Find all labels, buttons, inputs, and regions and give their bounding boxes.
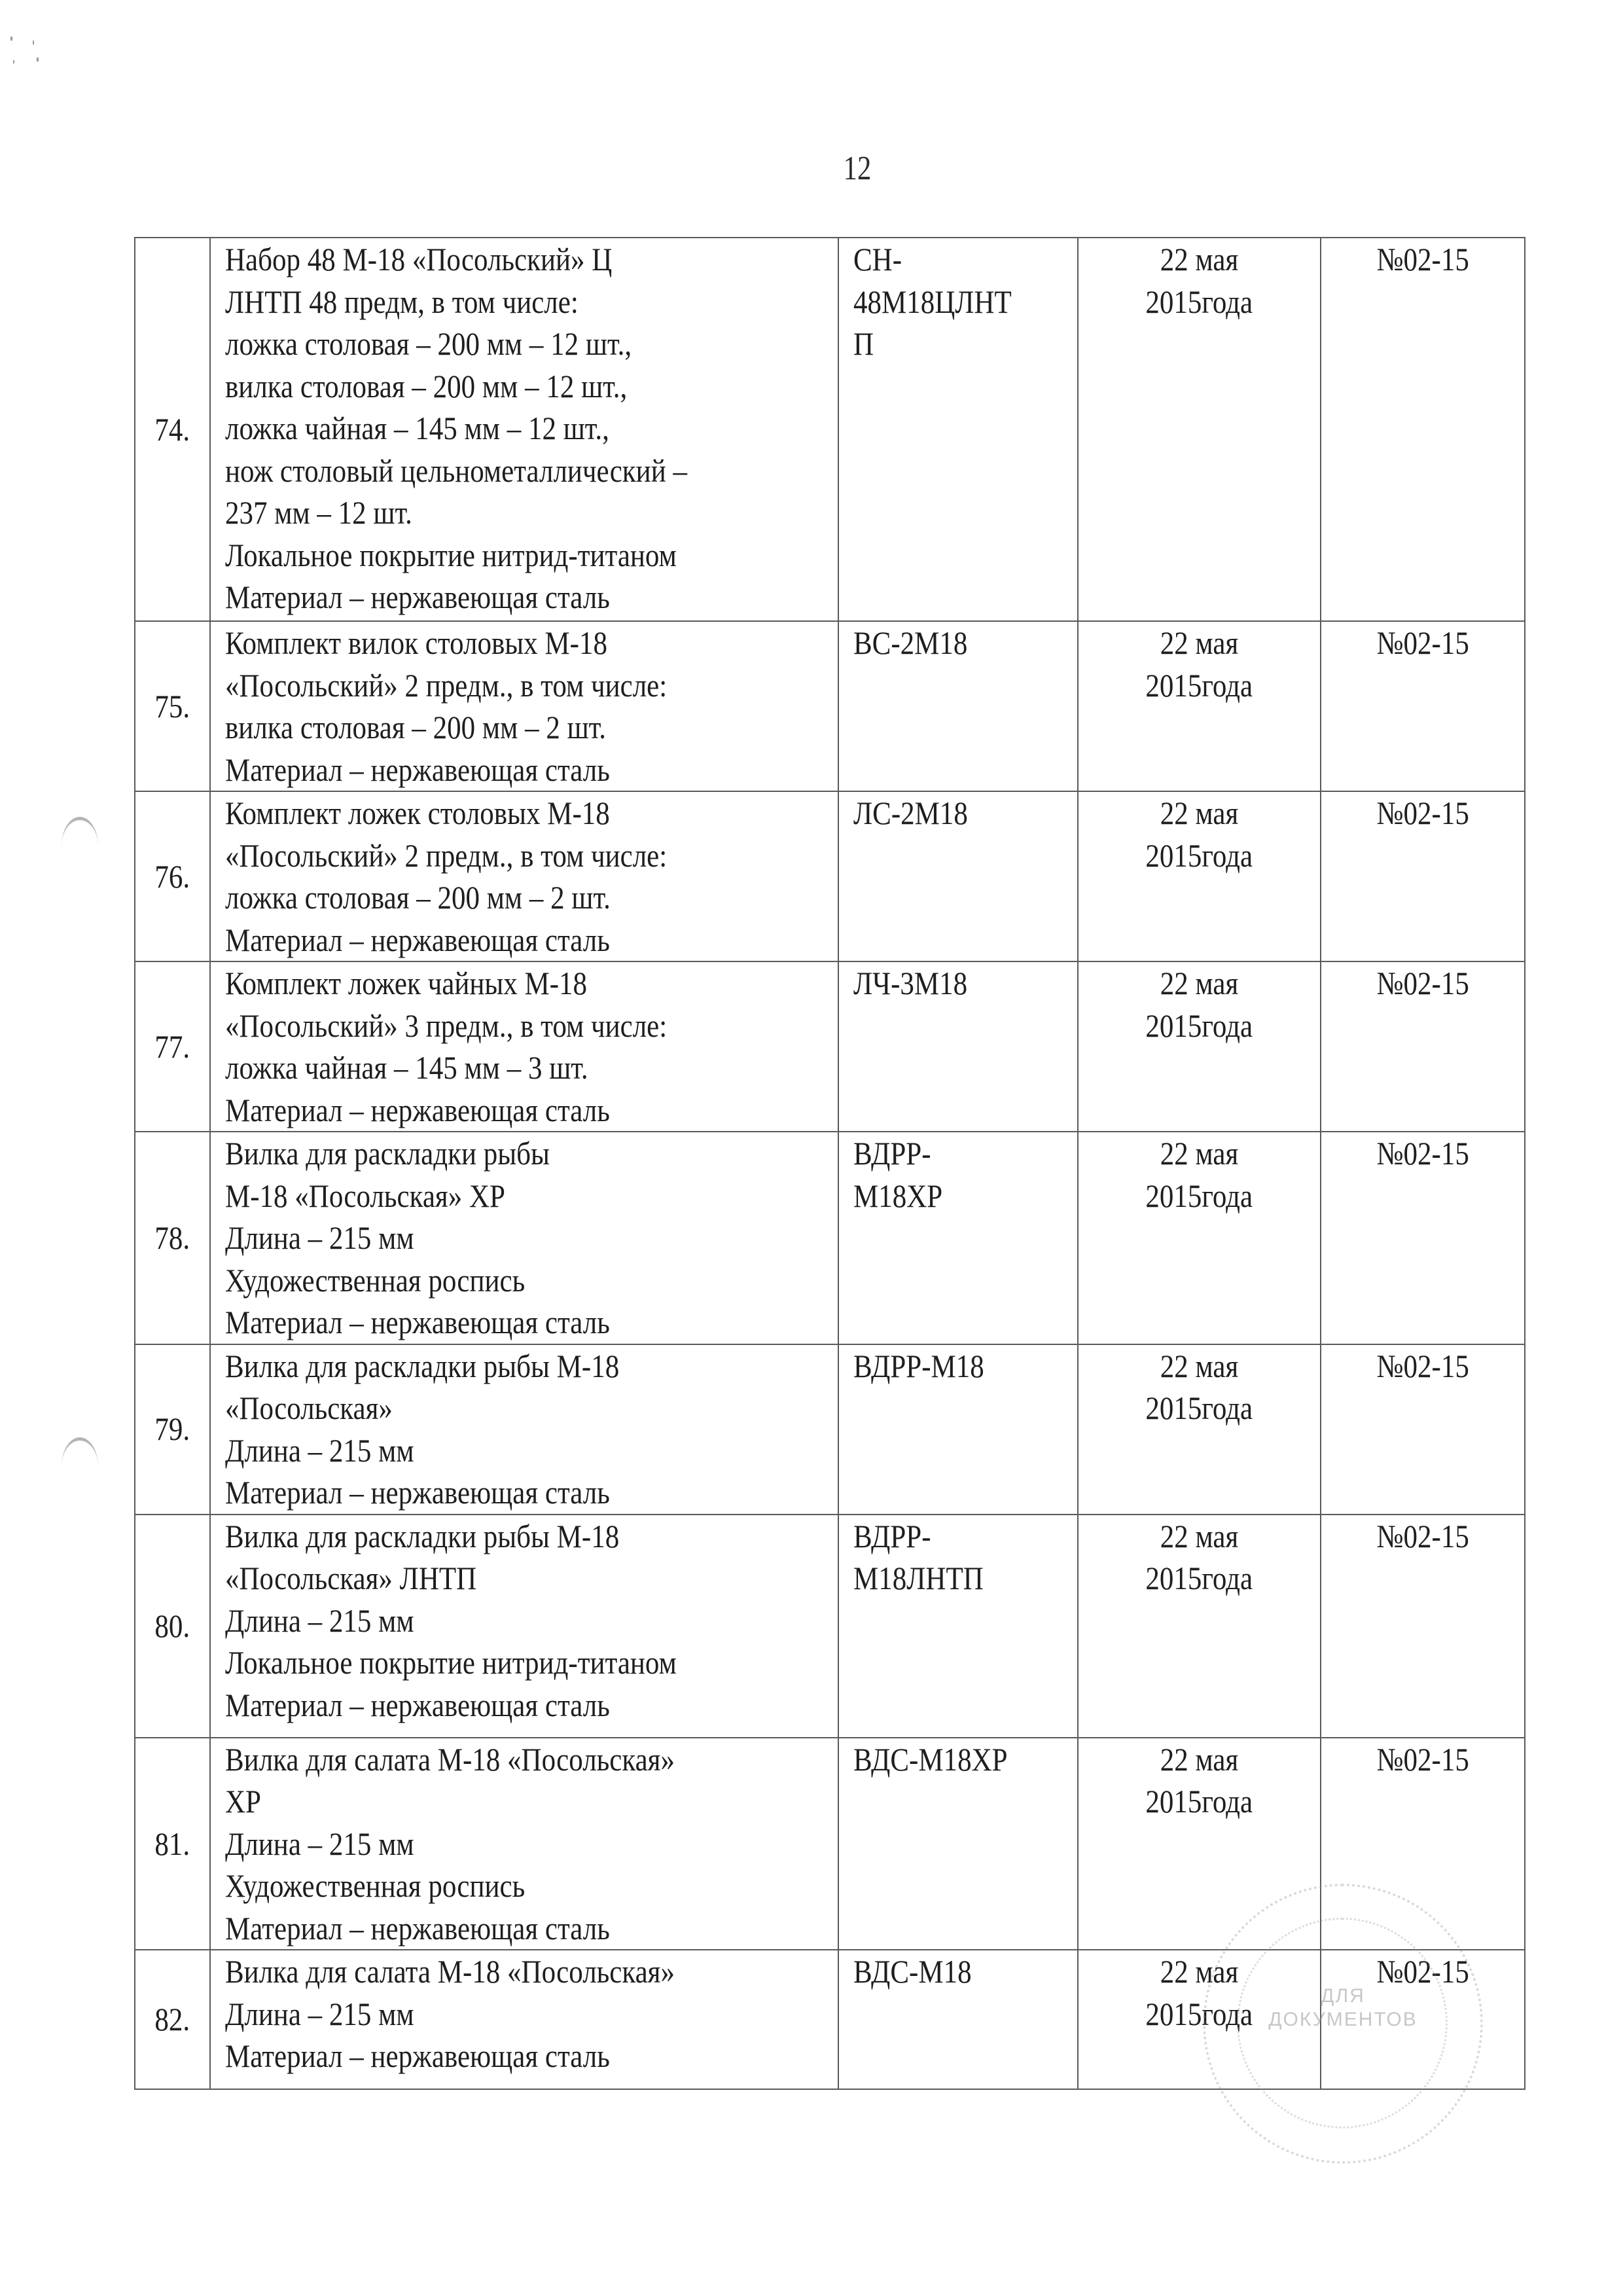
product-description: Комплект ложек чайных М-18«Посольский» 3… [210, 961, 838, 1132]
cell-line: Материал – нержавеющая сталь [225, 919, 838, 961]
registration-number-text: №02-15 [1376, 1132, 1469, 1175]
cell-text: вилка столовая – 200 мм – 2 шт. [225, 706, 606, 749]
cell-line: Материал – нержавеющая сталь [225, 1907, 838, 1950]
product-code: ВДРР-М18ХР [838, 1132, 1078, 1344]
registration-date: 22 мая2015года [1078, 1950, 1321, 2089]
cell-line: ложка столовая – 200 мм – 2 шт. [225, 876, 838, 919]
cell-text: Комплект ложек чайных М-18 [225, 962, 587, 1005]
cell-line: П [853, 323, 1077, 365]
cell-line: 2015года [1079, 834, 1320, 877]
cell-line: Вилка для раскладки рыбы М-18 [225, 1345, 838, 1388]
cell-line: Длина – 215 мм [225, 1823, 838, 1865]
cell-line: Комплект вилок столовых М-18 [225, 622, 838, 664]
cell-line: Вилка для салата М-18 «Посольская» [225, 1738, 838, 1781]
cell-line: ЛС-2М18 [853, 792, 1077, 834]
cell-line: М-18 «Посольская» ХР [225, 1175, 838, 1217]
cell-text: Длина – 215 мм [225, 1823, 414, 1865]
cell-text: ВДС-М18 [853, 1950, 972, 1993]
row-number-text: 79. [155, 1408, 190, 1450]
cell-text: «Посольская» ЛНТП [225, 1557, 476, 1600]
registration-number: №02-15 [1321, 1344, 1525, 1515]
cell-text: Комплект вилок столовых М-18 [225, 622, 607, 664]
cell-text: Материал – нержавеющая сталь [225, 1684, 610, 1727]
registration-number: №02-15 [1321, 961, 1525, 1132]
cell-text: 22 мая [1160, 1515, 1239, 1558]
cell-line: 22 мая [1079, 622, 1320, 664]
cell-text: 2015года [1146, 1175, 1253, 1217]
hole-punch-mark [62, 817, 98, 846]
product-code: ВДРР-М18ЛНТП [838, 1515, 1078, 1738]
cell-text: 48М18ЦЛНТ [853, 281, 1012, 323]
row-number-text: 80. [155, 1605, 190, 1647]
row-number-text: 74. [155, 408, 190, 451]
cell-text: Вилка для раскладки рыбы М-18 [225, 1345, 619, 1388]
cell-text: СН- [853, 238, 902, 281]
cell-text: Длина – 215 мм [225, 1217, 414, 1259]
product-description: Вилка для раскладки рыбы М-18«Посольская… [210, 1344, 838, 1515]
cell-line: 2015года [1079, 1005, 1320, 1047]
product-table: 74.Набор 48 М-18 «Посольский» ЦЛНТП 48 п… [134, 237, 1525, 2090]
cell-line: 2015года [1079, 664, 1320, 707]
cell-line: 2015года [1079, 281, 1320, 323]
cell-line: ложка чайная – 145 мм – 3 шт. [225, 1047, 838, 1089]
registration-number: №02-15 [1321, 1515, 1525, 1738]
cell-line: 2015года [1079, 1780, 1320, 1823]
cell-text: ВДРР- [853, 1515, 931, 1558]
cell-text: М18ХР [853, 1175, 942, 1217]
cell-line: Вилка для салата М-18 «Посольская» [225, 1950, 838, 1993]
cell-text: 2015года [1146, 281, 1253, 323]
registration-number: №02-15 [1321, 1738, 1525, 1950]
cell-line: М18ХР [853, 1175, 1077, 1217]
cell-line: ЛНТП 48 предм, в том числе: [225, 281, 838, 323]
table-row: 75.Комплект вилок столовых М-18«Посольск… [135, 621, 1525, 791]
cell-text: ложка столовая – 200 мм – 2 шт. [225, 876, 611, 919]
cell-line: Материал – нержавеющая сталь [225, 1684, 838, 1727]
cell-text: вилка столовая – 200 мм – 12 шт., [225, 365, 627, 408]
product-description: Вилка для салата М-18 «Посольская»ХРДлин… [210, 1738, 838, 1950]
cell-line: Вилка для раскладки рыбы [225, 1132, 838, 1175]
cell-line: 2015года [1079, 1993, 1320, 2036]
cell-text: 22 мая [1160, 962, 1239, 1005]
cell-line: №02-15 [1321, 1950, 1524, 1993]
table-row: 74.Набор 48 М-18 «Посольский» ЦЛНТП 48 п… [135, 238, 1525, 621]
registration-date: 22 мая2015года [1078, 961, 1321, 1132]
cell-line: нож столовый цельнометаллический – [225, 450, 838, 492]
registration-date: 22 мая2015года [1078, 1132, 1321, 1344]
scan-speck [13, 60, 14, 63]
hole-punch-mark [62, 1437, 98, 1467]
cell-line: Материал – нержавеющая сталь [225, 1301, 838, 1344]
registration-number: №02-15 [1321, 791, 1525, 961]
cell-line: 22 мая [1079, 238, 1320, 281]
product-description: Вилка для салата М-18 «Посольская»Длина … [210, 1950, 838, 2089]
cell-text: ХР [225, 1780, 261, 1823]
table-row: 78.Вилка для раскладки рыбыМ-18 «Посольс… [135, 1132, 1525, 1344]
cell-text: Набор 48 М-18 «Посольский» Ц [225, 238, 612, 281]
cell-text: Материал – нержавеющая сталь [225, 2035, 610, 2077]
cell-text: 22 мая [1160, 1132, 1239, 1175]
cell-line: №02-15 [1321, 962, 1524, 1005]
cell-line: ЛЧ-3М18 [853, 962, 1077, 1005]
cell-text: 22 мая [1160, 622, 1239, 664]
cell-line: №02-15 [1321, 792, 1524, 834]
cell-text: 2015года [1146, 1557, 1253, 1600]
cell-text: М-18 «Посольская» ХР [225, 1175, 505, 1217]
registration-number-text: №02-15 [1376, 1515, 1469, 1558]
cell-line: СН- [853, 238, 1077, 281]
registration-number-text: №02-15 [1376, 792, 1469, 834]
cell-line: Локальное покрытие нитрид-титаном [225, 1641, 838, 1684]
cell-text: П [853, 323, 874, 365]
cell-line: «Посольская» ЛНТП [225, 1557, 838, 1600]
cell-line: Материал – нержавеющая сталь [225, 2035, 838, 2077]
row-number-text: 76. [155, 855, 190, 898]
cell-text: 2015года [1146, 1005, 1253, 1047]
cell-line: вилка столовая – 200 мм – 2 шт. [225, 706, 838, 749]
product-code: ВДРР-М18 [838, 1344, 1078, 1515]
cell-text: ЛС-2М18 [853, 792, 968, 834]
cell-line: №02-15 [1321, 1132, 1524, 1175]
cell-text: Вилка для салата М-18 «Посольская» [225, 1738, 675, 1781]
cell-line: Художественная роспись [225, 1865, 838, 1907]
row-number: 81. [135, 1738, 210, 1950]
cell-text: Материал – нержавеющая сталь [225, 576, 610, 619]
product-code: ЛЧ-3М18 [838, 961, 1078, 1132]
registration-number-text: №02-15 [1376, 1738, 1469, 1781]
cell-text: Вилка для раскладки рыбы [225, 1132, 550, 1175]
registration-date: 22 мая2015года [1078, 621, 1321, 791]
cell-line: №02-15 [1321, 622, 1524, 664]
cell-line: Длина – 215 мм [225, 1217, 838, 1259]
cell-text: 237 мм – 12 шт. [225, 492, 412, 534]
product-description: Вилка для раскладки рыбыМ-18 «Посольская… [210, 1132, 838, 1344]
product-code: ВДС-М18 [838, 1950, 1078, 2089]
scan-speck [33, 41, 34, 45]
registration-number: №02-15 [1321, 1132, 1525, 1344]
table-row: 80.Вилка для раскладки рыбы М-18«Посольс… [135, 1515, 1525, 1738]
cell-text: Длина – 215 мм [225, 1429, 414, 1472]
cell-line: ВДРР- [853, 1515, 1077, 1558]
row-number-text: 78. [155, 1217, 190, 1259]
table-row: 77.Комплект ложек чайных М-18«Посольский… [135, 961, 1525, 1132]
registration-number-text: №02-15 [1376, 1345, 1469, 1388]
row-number: 74. [135, 238, 210, 621]
cell-text: 2015года [1146, 1993, 1253, 2036]
cell-line: ВДРР- [853, 1132, 1077, 1175]
cell-text: Длина – 215 мм [225, 1600, 414, 1642]
cell-line: Комплект ложек столовых М-18 [225, 792, 838, 834]
row-number: 80. [135, 1515, 210, 1738]
row-number: 75. [135, 621, 210, 791]
registration-number-text: №02-15 [1376, 622, 1469, 664]
cell-line: Материал – нержавеющая сталь [225, 749, 838, 791]
cell-line: ВДС-М18 [853, 1950, 1077, 1993]
registration-number: №02-15 [1321, 238, 1525, 621]
table-row: 81.Вилка для салата М-18 «Посольская»ХРД… [135, 1738, 1525, 1950]
cell-line: ВДС-М18ХР [853, 1738, 1077, 1781]
cell-line: Материал – нержавеющая сталь [225, 1471, 838, 1514]
cell-text: 2015года [1146, 1780, 1253, 1823]
cell-line: ложка чайная – 145 мм – 12 шт., [225, 407, 838, 450]
cell-text: «Посольская» [225, 1387, 393, 1429]
cell-text: 22 мая [1160, 792, 1239, 834]
cell-text: Вилка для салата М-18 «Посольская» [225, 1950, 675, 1993]
cell-line: 237 мм – 12 шт. [225, 492, 838, 534]
row-number-text: 81. [155, 1823, 190, 1865]
row-number-text: 82. [155, 1998, 190, 2041]
scan-speck [37, 58, 39, 62]
cell-line: «Посольский» 2 предм., в том числе: [225, 664, 838, 707]
cell-line: Набор 48 М-18 «Посольский» Ц [225, 238, 838, 281]
product-code: СН-48М18ЦЛНТП [838, 238, 1078, 621]
cell-text: ВС-2М18 [853, 622, 967, 664]
cell-text: Вилка для раскладки рыбы М-18 [225, 1515, 619, 1558]
cell-line: 22 мая [1079, 1345, 1320, 1388]
cell-line: 2015года [1079, 1387, 1320, 1429]
cell-line: «Посольский» 3 предм., в том числе: [225, 1005, 838, 1047]
cell-line: «Посольская» [225, 1387, 838, 1429]
cell-text: Комплект ложек столовых М-18 [225, 792, 610, 834]
registration-date: 22 мая2015года [1078, 238, 1321, 621]
registration-number-text: №02-15 [1376, 1950, 1469, 1993]
cell-text: ложка чайная – 145 мм – 12 шт., [225, 407, 609, 450]
cell-line: 22 мая [1079, 1515, 1320, 1558]
table-row: 76.Комплект ложек столовых М-18«Посольск… [135, 791, 1525, 961]
cell-text: Материал – нержавеющая сталь [225, 919, 610, 961]
product-description: Комплект ложек столовых М-18«Посольский»… [210, 791, 838, 961]
cell-line: 22 мая [1079, 792, 1320, 834]
product-description: Комплект вилок столовых М-18«Посольский»… [210, 621, 838, 791]
scan-speck [10, 37, 12, 41]
registration-date: 22 мая2015года [1078, 1515, 1321, 1738]
cell-line: Длина – 215 мм [225, 1429, 838, 1472]
cell-text: М18ЛНТП [853, 1557, 984, 1600]
row-number: 76. [135, 791, 210, 961]
cell-line: ВС-2М18 [853, 622, 1077, 664]
product-code: ЛС-2М18 [838, 791, 1078, 961]
cell-line: 2015года [1079, 1175, 1320, 1217]
cell-text: ЛНТП 48 предм, в том числе: [225, 281, 579, 323]
cell-text: «Посольский» 3 предм., в том числе: [225, 1005, 667, 1047]
cell-line: М18ЛНТП [853, 1557, 1077, 1600]
cell-line: 22 мая [1079, 962, 1320, 1005]
product-code: ВС-2М18 [838, 621, 1078, 791]
cell-text: 2015года [1146, 834, 1253, 877]
cell-line: Художественная роспись [225, 1259, 838, 1302]
cell-line: ВДРР-М18 [853, 1345, 1077, 1388]
cell-text: ВДРР- [853, 1132, 931, 1175]
cell-line: 22 мая [1079, 1132, 1320, 1175]
cell-text: «Посольский» 2 предм., в том числе: [225, 664, 667, 707]
cell-text: Художественная роспись [225, 1259, 525, 1302]
cell-line: №02-15 [1321, 1345, 1524, 1388]
table-body: 74.Набор 48 М-18 «Посольский» ЦЛНТП 48 п… [135, 238, 1525, 2089]
cell-line: 48М18ЦЛНТ [853, 281, 1077, 323]
cell-line: «Посольский» 2 предм., в том числе: [225, 834, 838, 877]
cell-text: Материал – нержавеющая сталь [225, 1907, 610, 1950]
row-number: 78. [135, 1132, 210, 1344]
row-number-text: 77. [155, 1026, 190, 1068]
cell-line: ложка столовая – 200 мм – 12 шт., [225, 323, 838, 365]
cell-text: 22 мая [1160, 1345, 1239, 1388]
page-number: 12 [841, 149, 873, 188]
row-number: 79. [135, 1344, 210, 1515]
cell-text: ложка столовая – 200 мм – 12 шт., [225, 323, 632, 365]
registration-number: №02-15 [1321, 1950, 1525, 2089]
cell-line: Длина – 215 мм [225, 1993, 838, 2036]
cell-text: 2015года [1146, 1387, 1253, 1429]
table-row: 82.Вилка для салата М-18 «Посольская»Дли… [135, 1950, 1525, 2089]
cell-text: ВДРР-М18 [853, 1345, 984, 1388]
cell-text: Материал – нержавеющая сталь [225, 749, 610, 791]
row-number: 82. [135, 1950, 210, 2089]
cell-text: «Посольский» 2 предм., в том числе: [225, 834, 667, 877]
cell-text: 2015года [1146, 664, 1253, 707]
table-row: 79.Вилка для раскладки рыбы М-18«Посольс… [135, 1344, 1525, 1515]
cell-line: 22 мая [1079, 1738, 1320, 1781]
product-description: Вилка для раскладки рыбы М-18«Посольская… [210, 1515, 838, 1738]
cell-text: Длина – 215 мм [225, 1993, 414, 2036]
registration-number: №02-15 [1321, 621, 1525, 791]
cell-text: Материал – нержавеющая сталь [225, 1089, 610, 1132]
cell-line: №02-15 [1321, 238, 1524, 281]
cell-text: Материал – нержавеющая сталь [225, 1301, 610, 1344]
cell-line: 2015года [1079, 1557, 1320, 1600]
cell-line: 22 мая [1079, 1950, 1320, 1993]
product-code: ВДС-М18ХР [838, 1738, 1078, 1950]
cell-text: ложка чайная – 145 мм – 3 шт. [225, 1047, 588, 1089]
cell-line: Материал – нержавеющая сталь [225, 1089, 838, 1132]
cell-text: ВДС-М18ХР [853, 1738, 1008, 1781]
cell-text: 22 мая [1160, 1738, 1239, 1781]
cell-line: Комплект ложек чайных М-18 [225, 962, 838, 1005]
cell-line: Длина – 215 мм [225, 1600, 838, 1642]
cell-line: №02-15 [1321, 1515, 1524, 1558]
product-description: Набор 48 М-18 «Посольский» ЦЛНТП 48 пред… [210, 238, 838, 621]
registration-date: 22 мая2015года [1078, 1738, 1321, 1950]
cell-text: Локальное покрытие нитрид-титаном [225, 1641, 677, 1684]
cell-text: 22 мая [1160, 1950, 1239, 1993]
row-number-text: 75. [155, 685, 190, 728]
cell-text: Материал – нержавеющая сталь [225, 1471, 610, 1514]
registration-number-text: №02-15 [1376, 238, 1469, 281]
cell-line: ХР [225, 1780, 838, 1823]
cell-text: нож столовый цельнометаллический – [225, 450, 687, 492]
row-number: 77. [135, 961, 210, 1132]
cell-text: Художественная роспись [225, 1865, 525, 1907]
cell-line: Вилка для раскладки рыбы М-18 [225, 1515, 838, 1558]
cell-line: №02-15 [1321, 1738, 1524, 1781]
cell-text: ЛЧ-3М18 [853, 962, 967, 1005]
registration-date: 22 мая2015года [1078, 791, 1321, 961]
cell-line: Материал – нержавеющая сталь [225, 576, 838, 619]
cell-line: Локальное покрытие нитрид-титаном [225, 534, 838, 577]
registration-number-text: №02-15 [1376, 962, 1469, 1005]
registration-date: 22 мая2015года [1078, 1344, 1321, 1515]
cell-text: Локальное покрытие нитрид-титаном [225, 534, 677, 577]
cell-line: вилка столовая – 200 мм – 12 шт., [225, 365, 838, 408]
cell-text: 22 мая [1160, 238, 1239, 281]
